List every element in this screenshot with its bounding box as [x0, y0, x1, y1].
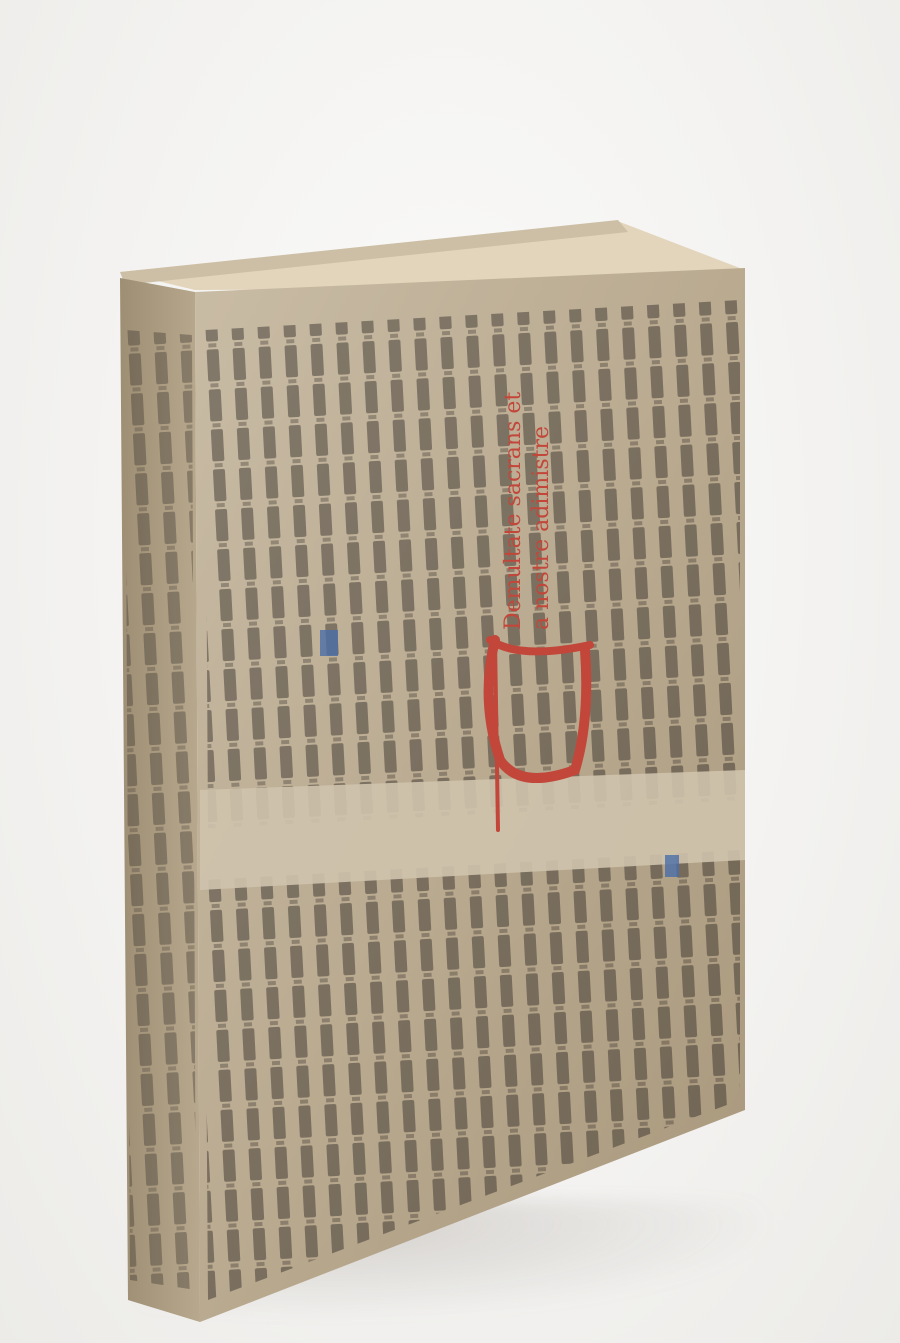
blue-initial-lower	[665, 855, 679, 877]
rubric-line-1: Demultate sacrans et	[501, 392, 526, 630]
blue-initial-upper	[320, 630, 338, 656]
book-illustration: Demultate sacrans et a nostre adimistre	[0, 0, 900, 1343]
rubric-line-2: a nostre adimistre	[529, 426, 554, 630]
